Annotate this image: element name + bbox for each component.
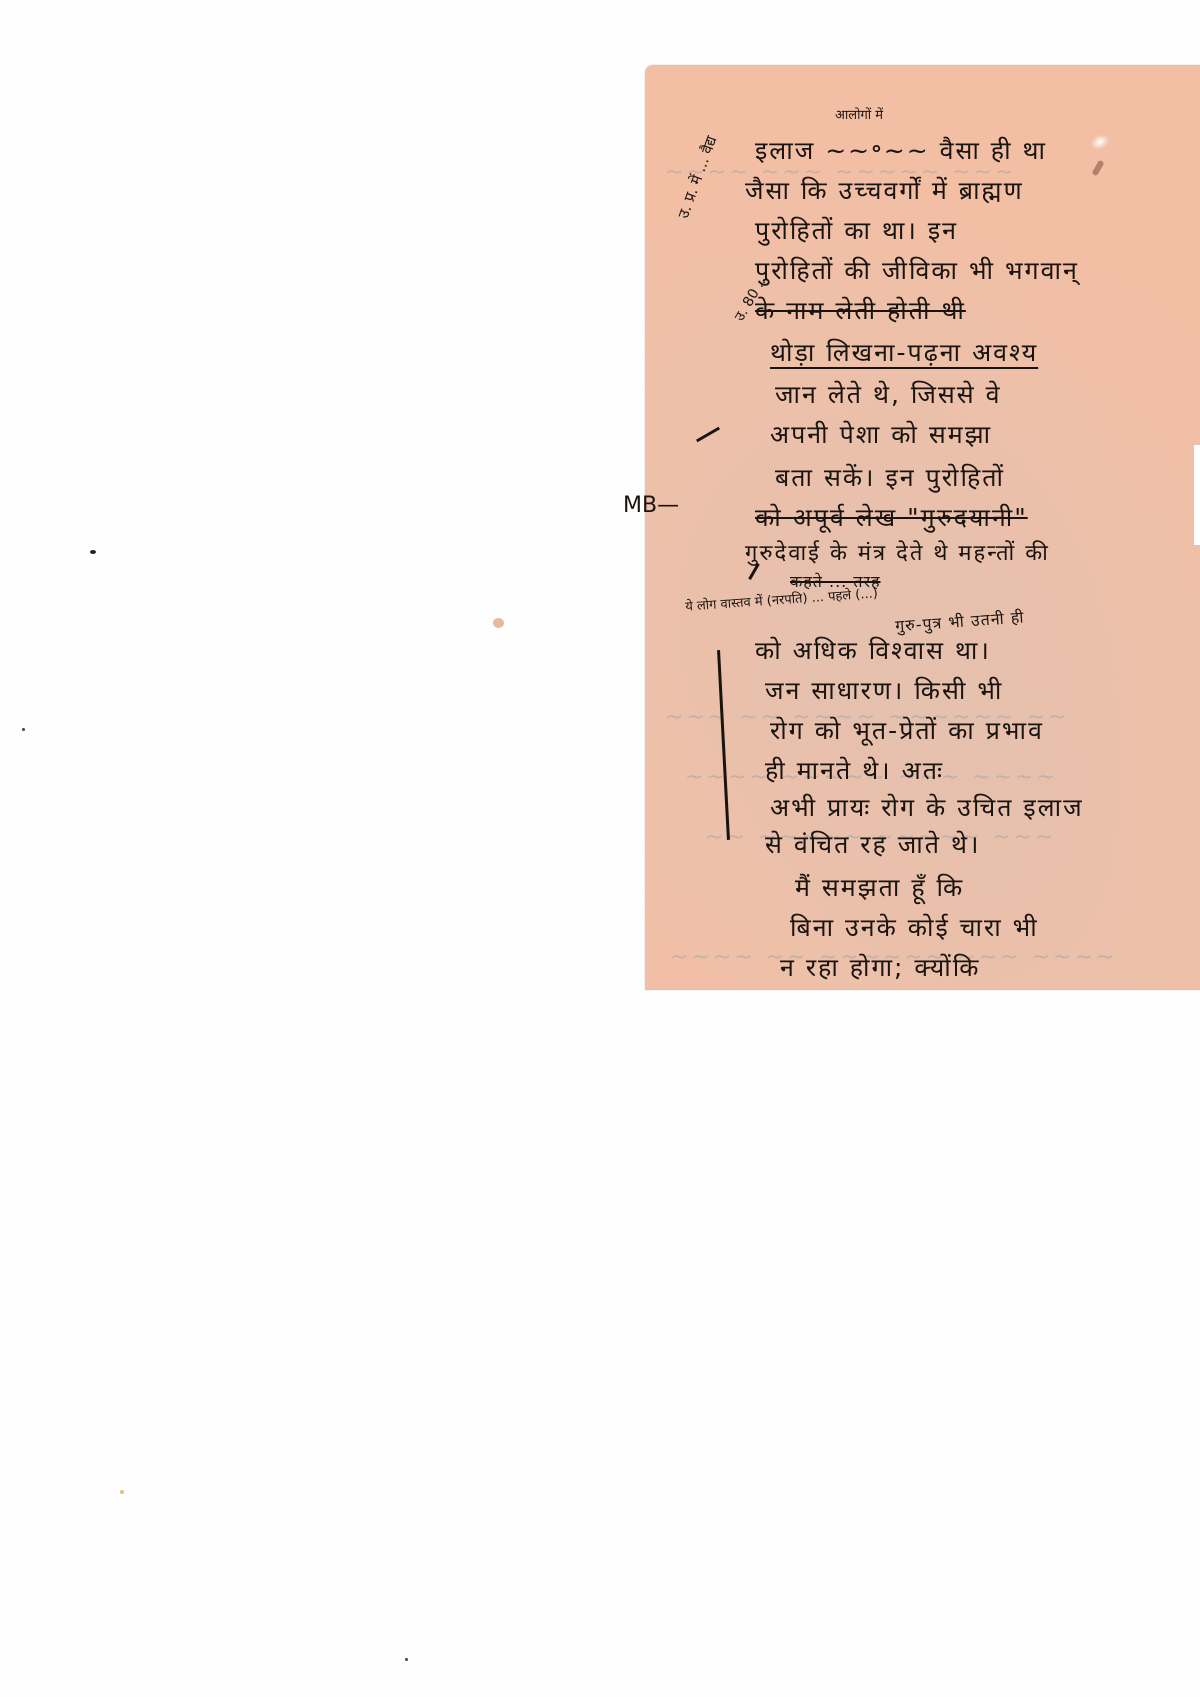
text-line-7: जान लेते थे, जिससे वे bbox=[775, 377, 1002, 411]
text-line-17: रोग को भूत-प्रेतों का प्रभाव bbox=[770, 713, 1044, 747]
interlinear-note: आलोगों में bbox=[835, 105, 883, 123]
manuscript-page: ~~~~ ~~~ ~~~~~ ~~~ ~~~ ~~ ~~~~ ~~~~~~ ~~… bbox=[645, 65, 1200, 990]
text-line-10: को अपूर्व लेख "गुरुदयानी" bbox=[755, 500, 1028, 534]
paper-stain bbox=[1091, 160, 1104, 177]
dust-speck bbox=[405, 1658, 408, 1661]
text-line-9: बता सकें। इन पुरोहितों bbox=[775, 460, 1005, 494]
text-line-18: ही मानते थे। अतः bbox=[765, 753, 944, 787]
text-line-14: गुरु-पुत्र भी उतनी ही bbox=[894, 606, 1025, 637]
text-line-3: पुरोहितों का था। इन bbox=[755, 213, 958, 247]
text-line-19: अभी प्रायः रोग के उचित इलाज bbox=[770, 790, 1084, 824]
text-line-15: को अधिक विश्वास था। bbox=[755, 633, 991, 667]
text-line-5: के नाम लेती होती थी bbox=[755, 293, 966, 327]
text-line-1: इलाज ~~॰~~ वैसा ही था bbox=[755, 133, 1047, 167]
text-line-4: पुरोहितों की जीविका भी भगवान् bbox=[755, 253, 1079, 287]
torn-edge bbox=[1194, 445, 1200, 545]
text-line-11: गुरुदेवाई के मंत्र देते थे महन्तों की bbox=[745, 537, 1050, 567]
dust-speck bbox=[22, 728, 25, 731]
text-line-6: थोड़ा लिखना-पढ़ना अवश्य bbox=[770, 335, 1038, 369]
margin-slash bbox=[696, 427, 720, 443]
dust-speck bbox=[90, 550, 96, 554]
text-line-2: जैसा कि उच्चवर्गों में ब्राह्मण bbox=[745, 173, 1024, 207]
text-line-21: मैं समझता हूँ कि bbox=[795, 870, 964, 904]
text-line-16: जन साधारण। किसी भी bbox=[765, 673, 1003, 707]
text-line-20: से वंचित रह जाते थे। bbox=[765, 827, 980, 861]
text-line-23: न रहा होगा; क्योंकि bbox=[780, 950, 980, 984]
margin-bracket bbox=[717, 650, 730, 840]
text-line-13: ये लोग वास्तव में (नरपति) ... पहले (...) bbox=[685, 583, 879, 614]
paper-crease bbox=[1088, 131, 1112, 152]
text-line-8: अपनी पेशा को समझा bbox=[770, 417, 992, 451]
margin-label: MB— bbox=[623, 493, 679, 518]
text-line-22: बिना उनके कोई चारा भी bbox=[790, 910, 1039, 944]
dust-speck bbox=[493, 618, 504, 628]
dust-speck bbox=[120, 1490, 124, 1494]
